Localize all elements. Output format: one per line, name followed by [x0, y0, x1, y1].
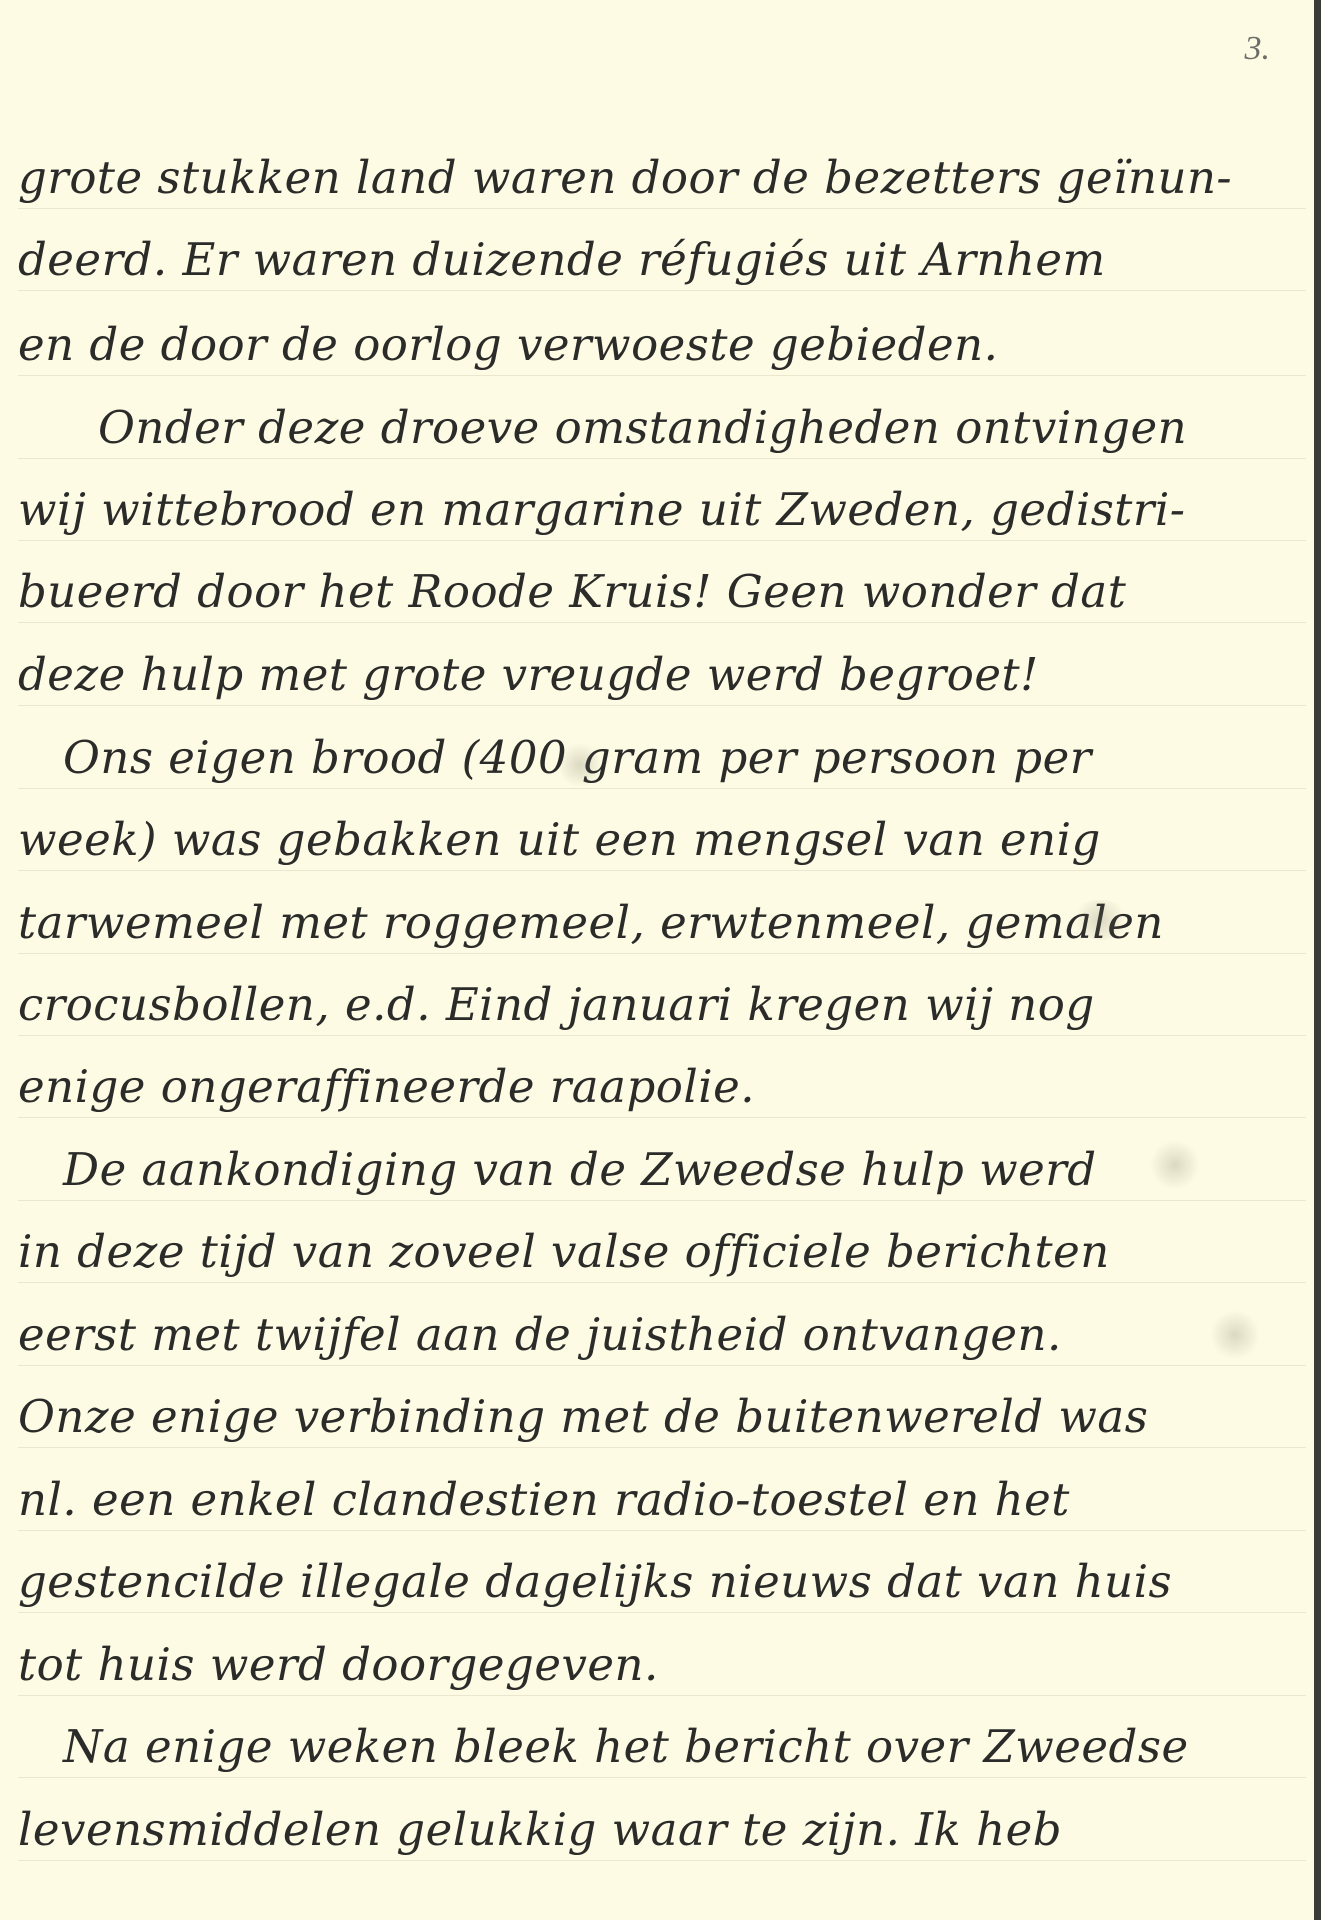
text-line: levensmiddelen gelukkig waar te zijn. Ik… [18, 1800, 1306, 1861]
text-line: Onze enige verbinding met de buitenwerel… [18, 1387, 1306, 1448]
text-line: wij wittebrood en margarine uit Zweden, … [18, 480, 1306, 541]
text-line: grote stukken land waren door de bezette… [18, 148, 1306, 209]
text-line: enige ongeraffineerde raapolie. [18, 1057, 1306, 1118]
text-line: bueerd door het Roode Kruis! Geen wonder… [18, 562, 1306, 623]
ink-smudge [1210, 1310, 1260, 1360]
handwritten-page: 3. grote stukken land waren door de beze… [0, 0, 1321, 1920]
text-line: nl. een enkel clandestien radio-toestel … [18, 1470, 1306, 1531]
page-number: 3. [1245, 30, 1271, 68]
text-line: deze hulp met grote vreugde werd begroet… [18, 645, 1306, 706]
text-line: deerd. Er waren duizende réfugiés uit Ar… [18, 230, 1306, 291]
text-line: De aankondiging van de Zweedse hulp werd [18, 1140, 1306, 1201]
text-line: in deze tijd van zoveel valse officiele … [18, 1222, 1306, 1283]
text-line: Onder deze droeve omstandigheden ontving… [18, 398, 1306, 459]
text-line: en de door de oorlog verwoeste gebieden. [18, 315, 1306, 376]
text-line: Na enige weken bleek het bericht over Zw… [18, 1717, 1306, 1778]
text-line: tot huis werd doorgegeven. [18, 1635, 1306, 1696]
ink-smudge [1070, 900, 1130, 940]
ink-smudge [560, 740, 600, 790]
text-line: eerst met twijfel aan de juistheid ontva… [18, 1305, 1306, 1366]
text-line: week) was gebakken uit een mengsel van e… [18, 810, 1306, 871]
text-line: Ons eigen brood (400 gram per persoon pe… [18, 728, 1306, 789]
text-line: crocusbollen, e.d. Eind januari kregen w… [18, 975, 1306, 1036]
ink-smudge [1150, 1140, 1200, 1190]
text-line: gestencilde illegale dagelijks nieuws da… [18, 1552, 1306, 1613]
